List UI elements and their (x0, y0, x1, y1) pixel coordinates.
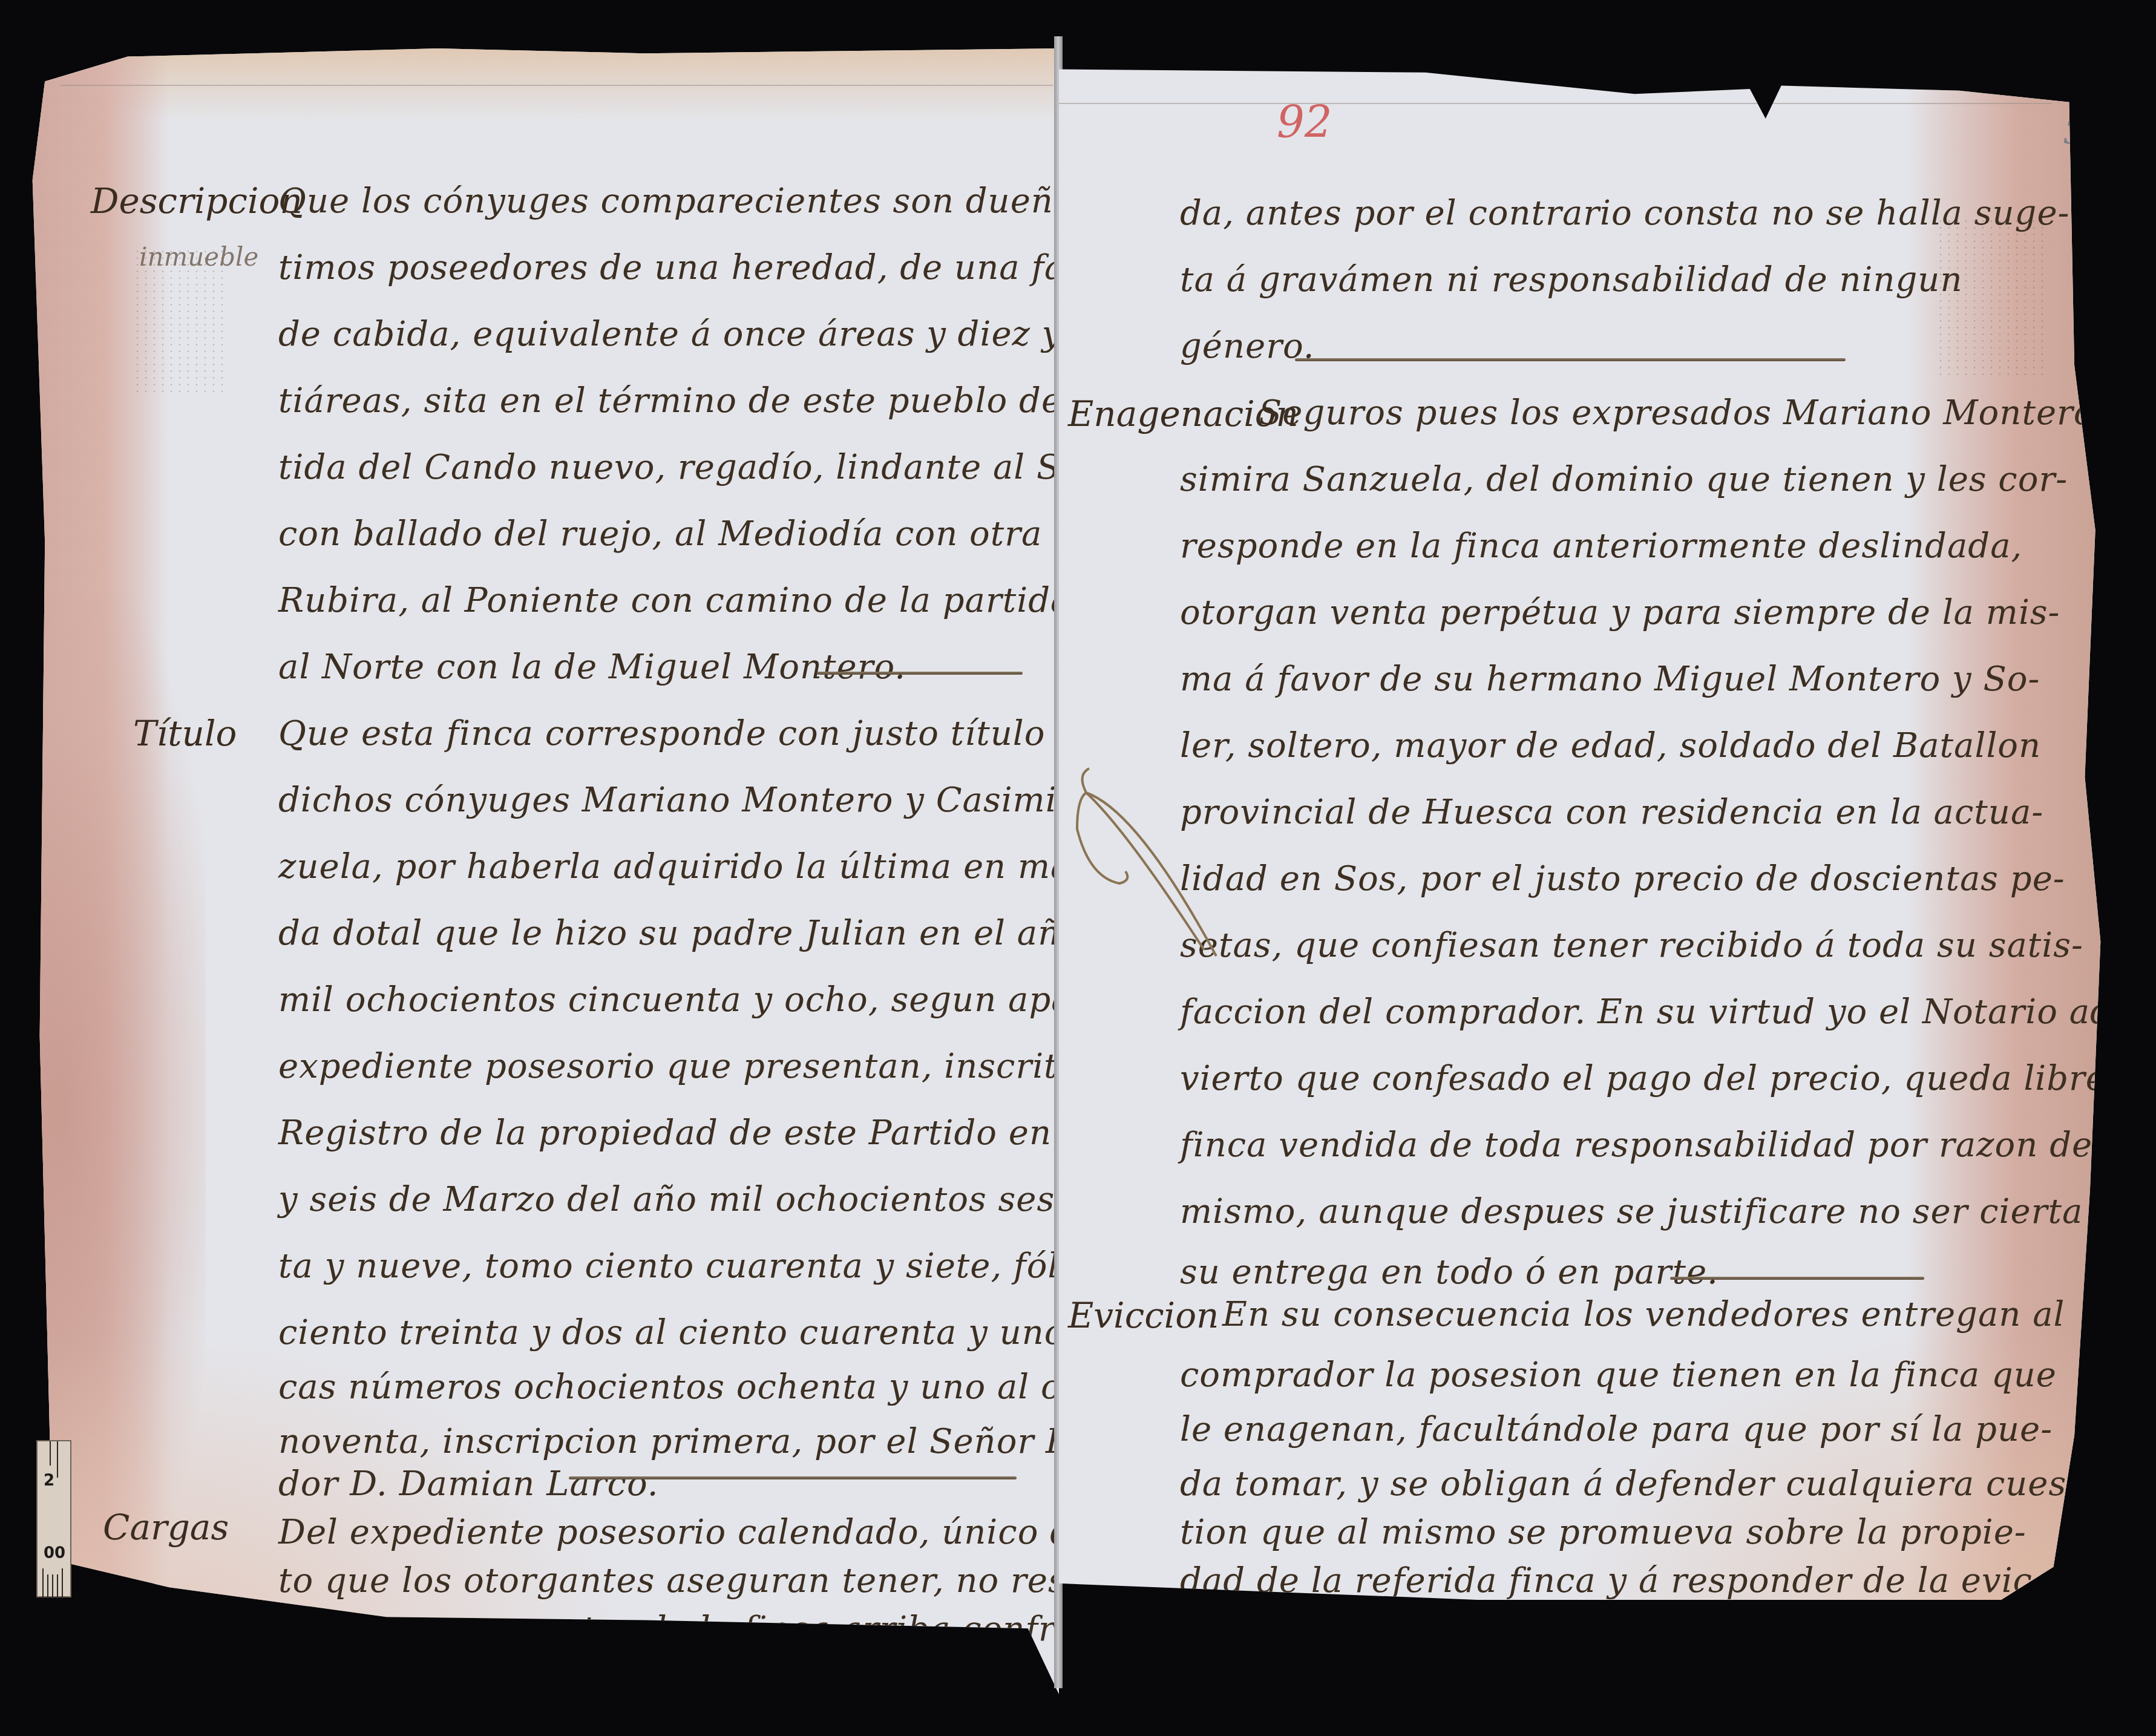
text-line: tion que al mismo se promueva sobre la p… (1180, 1513, 2027, 1552)
margin-label-descripcion: Descripcion (91, 180, 303, 221)
folio-number-red: 92 (1277, 97, 1332, 148)
margin-label-eviccion: Eviccion (1068, 1295, 1219, 1336)
text-line: con ballado del ruejo, al Mediodía con o… (278, 514, 1059, 554)
text-line: Rubira, al Poniente con camino de la par… (278, 581, 1059, 620)
text-line: mil ochocientos cincuenta y ocho, segun … (278, 980, 1059, 1020)
text-line: to que los otorgantes aseguran tener, no… (278, 1561, 1059, 1600)
closing-rule (569, 1476, 1017, 1479)
text-line: setas, que confiesan tener recibido á to… (1180, 926, 2083, 965)
closing-rule (1670, 1277, 1924, 1280)
text-line: simira Sanzuela, del dominio que tienen … (1180, 460, 2068, 499)
rubric-flourish-icon (496, 1646, 835, 1694)
text-line: da, antes por el contrario consta no se … (1180, 194, 2069, 233)
text-line: su entrega en todo ó en parte. (1180, 1253, 1719, 1292)
text-line: mismo, aunque despues se justificare no … (1180, 1192, 2083, 1231)
ruler-number: 00 (44, 1544, 65, 1562)
margin-label-cargas: Cargas (103, 1507, 229, 1548)
document-scan: Descripcion inmueble Que los cónyuges co… (0, 0, 2156, 1736)
margin-sublabel-inmueble: inmueble (139, 242, 258, 272)
text-line: le enagenan, facultándole para que por s… (1180, 1410, 2053, 1449)
fold-line (1059, 103, 2051, 104)
text-line: timos poseedores de una heredad, de una … (278, 248, 1059, 287)
fold-line (61, 85, 1053, 86)
text-line: vierto que confesado el pago del precio,… (1180, 1059, 2106, 1098)
text-line: dor D. Damian Larco. (278, 1464, 658, 1504)
text-line: lidad en Sos, por el justo precio de dos… (1180, 859, 2065, 899)
text-line: expediente posesorio que presentan, insc… (278, 1047, 1059, 1086)
text-line: ta y nueve, tomo ciento cuarenta y siete… (278, 1246, 1059, 1286)
measurement-ruler: 2 00 (36, 1440, 71, 1597)
text-line: ma á favor de su hermano Miguel Montero … (1180, 660, 2040, 699)
text-line: En su consecuencia los vendedores entreg… (1222, 1295, 2065, 1334)
text-line: Seguros pues los expresados Mariano Mont… (1259, 393, 2106, 433)
text-line: cas números ochocientos ochenta y uno al… (278, 1368, 1059, 1407)
folio-number-pencil: 3 (2063, 115, 2083, 151)
text-line: dichos cónyuges Mariano Montero y Casimi… (278, 781, 1059, 820)
text-line: finca vendida de toda responsabilidad po… (1180, 1125, 2104, 1165)
margin-label-titulo: Título (133, 713, 237, 754)
text-line: noventa, inscripcion primera, por el Señ… (278, 1422, 1059, 1461)
text-line: Que los cónyuges comparecientes son dueñ… (278, 182, 1059, 221)
text-line: al Norte con la de Miguel Montero. (278, 647, 906, 687)
text-line: de cabida, equivalente á once áreas y di… (278, 315, 1059, 354)
text-line: zuela, por haberla adquirido la última e… (278, 847, 1059, 886)
closing-rule (1531, 1634, 1924, 1637)
text-line: provincial de Huesca con residencia en l… (1180, 793, 2043, 832)
text-line: Que esta finca corresponde con justo tít… (278, 714, 1059, 753)
text-line: da dotal que le hizo su padre Julian en … (278, 914, 1059, 953)
text-line: ciento treinta y dos al ciento cuarenta … (278, 1313, 1059, 1352)
rubric-flourish-icon (1361, 1646, 1700, 1682)
text-line: dad de la referida finca y á responder d… (1180, 1561, 2045, 1600)
text-line: Registro de la propiedad de este Partido… (278, 1113, 1059, 1153)
text-line: ta á gravámen ni responsabilidad de ning… (1180, 260, 1962, 300)
right-page: 92 3 da, antes por el contrario consta n… (1059, 36, 2106, 1682)
left-page: Descripcion inmueble Que los cónyuges co… (24, 48, 1059, 1694)
text-line: faccion del comprador. En su virtud yo e… (1180, 992, 2106, 1032)
text-line: comprador la posesion que tienen en la f… (1180, 1355, 2057, 1395)
text-line: ler, soltero, mayor de edad, soldado del… (1180, 726, 2041, 765)
text-line: y seis de Marzo del año mil ochocientos … (278, 1180, 1059, 1219)
text-line: da tomar, y se obligan á defender cualqu… (1180, 1464, 2079, 1504)
text-line: otorgan venta perpétua y para siempre de… (1180, 593, 2060, 632)
closing-rule (817, 672, 1023, 675)
text-line: tida del Cando nuevo, regadío, lindante … (278, 448, 1059, 487)
marginal-flourish-icon (1065, 762, 1222, 962)
text-line: tiáreas, sita en el término de este pueb… (278, 381, 1059, 421)
text-line: ga alguna en contra de la finca arriba c… (278, 1610, 1059, 1649)
text-line: cion y saneamiento de ella. (1180, 1610, 1663, 1649)
text-line: responde en la finca anteriormente desli… (1180, 526, 2022, 566)
text-line: Del expediente posesorio calendado, únic… (278, 1513, 1059, 1552)
ruler-number: 2 (44, 1472, 54, 1490)
closing-rule (1295, 358, 1846, 361)
